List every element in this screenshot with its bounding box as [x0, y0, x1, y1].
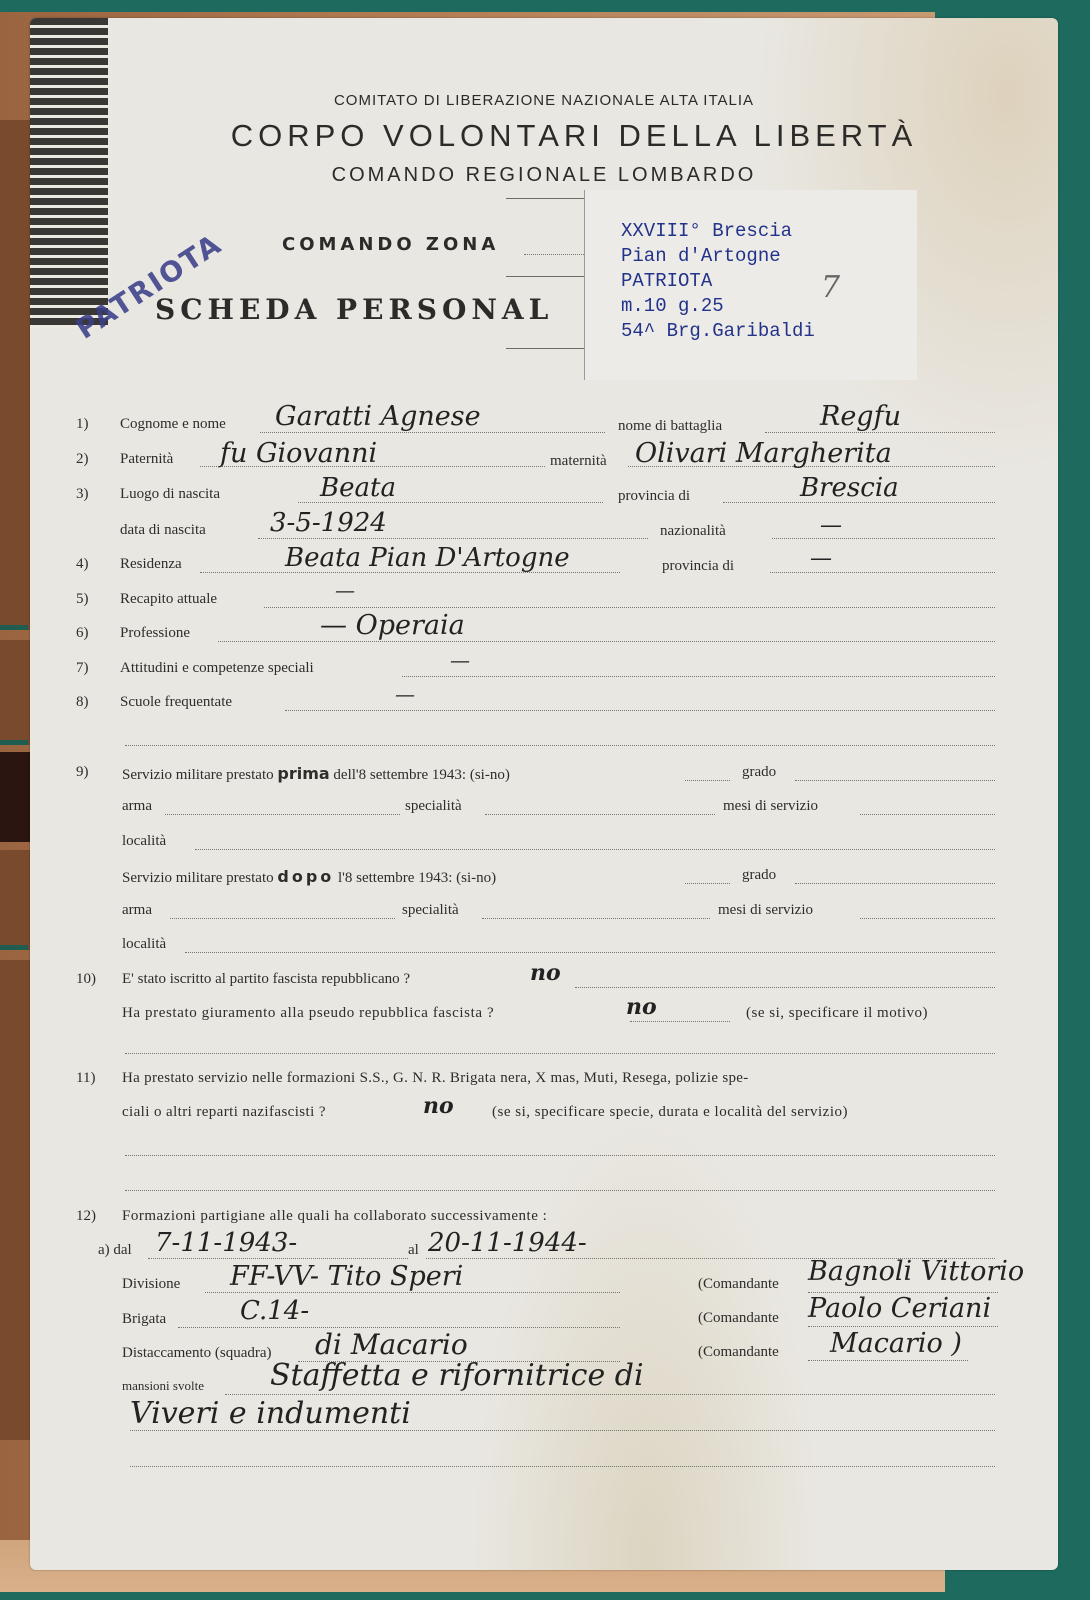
provincia-residenza-value: —	[810, 546, 832, 571]
servizio-label: Servizio militare prestato	[122, 767, 274, 783]
nazionalita-field[interactable]	[772, 538, 995, 539]
scuole-field[interactable]	[285, 710, 995, 711]
grado-prima-field[interactable]	[795, 780, 995, 781]
giuramento-field[interactable]	[630, 1021, 730, 1022]
dal-label: a) dal	[98, 1242, 132, 1259]
giuramento-question: Ha prestato giuramento alla pseudo repub…	[122, 1005, 494, 1022]
localita-prima-field[interactable]	[195, 849, 995, 850]
al-label: al	[408, 1242, 419, 1259]
servizio-dopo-line: Servizio militare prestato dopo l'8 sett…	[122, 867, 496, 887]
divider	[506, 348, 586, 349]
localita-label: località	[122, 833, 166, 850]
pencil-mark: 7	[821, 270, 840, 305]
item-number: 12)	[76, 1208, 96, 1225]
item-number: 5)	[76, 591, 89, 608]
comandante-distaccamento-value: Macario )	[830, 1328, 962, 1359]
binder-spine	[0, 960, 32, 1440]
binder-spine	[0, 850, 32, 950]
item-number: 7)	[76, 660, 89, 677]
slip-line-brigade: 54^ Brg.Garibaldi	[621, 320, 815, 342]
item-number: 3)	[76, 486, 89, 503]
nazionalita-label: nazionalità	[660, 523, 726, 540]
comandante-brigata-field[interactable]	[808, 1326, 998, 1327]
nome-battaglia-label: nome di battaglia	[618, 418, 722, 435]
item-number: 1)	[76, 416, 89, 433]
maternita-value: Olivari Margherita	[635, 438, 892, 469]
prima-emphasis: prima	[277, 764, 329, 783]
typed-paper-slip: XXVIII° Brescia Pian d'Artogne PATRIOTA …	[584, 190, 917, 380]
giuramento-motivo-field[interactable]	[125, 1053, 995, 1054]
servizio-date-label: dell'8 settembre 1943: (si-no)	[333, 767, 509, 783]
dopo-emphasis: dopo	[277, 867, 334, 886]
professione-value: — Operaia	[320, 610, 465, 641]
scuole-label: Scuole frequentate	[120, 694, 232, 711]
attitudini-value: —	[450, 648, 470, 672]
localita-label: località	[122, 936, 166, 953]
header-regional-command: COMANDO REGIONALE LOMBARDO	[30, 164, 1058, 187]
data-nascita-field[interactable]	[258, 538, 648, 539]
formazioni-nazifasciste-question-cont: ciali o altri reparti nazifascisti ?	[122, 1104, 326, 1121]
slip-line-place: Pian d'Artogne	[621, 245, 781, 267]
header-corps-title: CORPO VOLONTARI DELLA LIBERTÀ	[60, 118, 1088, 154]
item-number: 11)	[76, 1070, 95, 1087]
distaccamento-label: Distaccamento (squadra)	[122, 1345, 272, 1362]
mansioni-label: mansioni svolte	[122, 1378, 204, 1394]
luogo-nascita-label: Luogo di nascita	[120, 486, 220, 503]
scuole-value: —	[395, 682, 415, 706]
brigata-value: C.14-	[240, 1296, 309, 1326]
maternita-label: maternità	[550, 453, 607, 470]
binder-spine	[0, 120, 32, 630]
al-value: 20-11-1944-	[428, 1228, 587, 1258]
grado-label: grado	[742, 867, 776, 884]
slip-line-zone: XXVIII° Brescia	[621, 220, 792, 242]
arma-dopo-field[interactable]	[170, 918, 395, 919]
cognome-nome-value: Garatti Agnese	[275, 401, 481, 432]
giuramento-answer: no	[626, 994, 657, 1020]
header-committee: COMITATO DI LIBERAZIONE NAZIONALE ALTA I…	[30, 92, 1058, 109]
formazioni-nazifasciste-question: Ha prestato servizio nelle formazioni S.…	[122, 1070, 749, 1087]
residenza-value: Beata Pian D'Artogne	[285, 543, 570, 573]
grado-label: grado	[742, 764, 776, 781]
nome-battaglia-field[interactable]	[765, 432, 995, 433]
mesi-servizio-label: mesi di servizio	[723, 798, 818, 815]
arma-prima-field[interactable]	[165, 814, 400, 815]
paternita-value: fu Giovanni	[220, 438, 377, 469]
provincia-nascita-label: provincia di	[618, 488, 690, 505]
specialita-dopo-field[interactable]	[482, 918, 710, 919]
item-number: 9)	[76, 764, 89, 781]
form-sheet: COMITATO DI LIBERAZIONE NAZIONALE ALTA I…	[30, 18, 1058, 1570]
divider	[506, 198, 586, 199]
dal-value: 7-11-1943-	[155, 1228, 297, 1258]
binder-spine	[0, 752, 32, 842]
formazioni-partigiane-title: Formazioni partigiane alle quali ha coll…	[122, 1208, 547, 1225]
divider	[506, 276, 586, 277]
specialita-prima-field[interactable]	[485, 814, 715, 815]
residenza-label: Residenza	[120, 556, 182, 573]
slip-line-duration: m.10 g.25	[621, 295, 724, 317]
servizio-date-label: l'8 settembre 1943: (si-no)	[338, 870, 496, 886]
comandante-distaccamento-label: (Comandante	[698, 1344, 779, 1361]
item-number: 2)	[76, 451, 89, 468]
giuramento-note: (se si, specificare il motivo)	[746, 1005, 928, 1022]
mesi-dopo-field[interactable]	[860, 918, 995, 919]
provincia-residenza-label: provincia di	[662, 558, 734, 575]
slip-line-status: PATRIOTA	[621, 270, 712, 292]
item-number: 10)	[76, 971, 96, 988]
distaccamento-value: di Macario	[315, 1328, 468, 1361]
dal-field[interactable]	[148, 1258, 408, 1259]
form-title: SCHEDA PERSONAL	[155, 293, 553, 326]
partito-fascista-field[interactable]	[575, 987, 995, 988]
item-number: 8)	[76, 694, 89, 711]
provincia-nascita-value: Brescia	[800, 473, 899, 503]
specialita-label: specialità	[402, 902, 459, 919]
divisione-label: Divisione	[122, 1276, 180, 1293]
item-number: 6)	[76, 625, 89, 642]
scuole-field-extra[interactable]	[125, 745, 995, 746]
arma-label: arma	[122, 798, 152, 815]
paternita-label: Paternità	[120, 451, 173, 468]
divisione-field[interactable]	[205, 1292, 620, 1293]
professione-label: Professione	[120, 625, 190, 642]
comandante-divisione-value: Bagnoli Vittorio	[808, 1256, 1024, 1287]
binder-spine	[0, 640, 32, 745]
specialita-label: specialità	[405, 798, 462, 815]
nazionalita-value: —	[820, 513, 842, 538]
recapito-label: Recapito attuale	[120, 591, 217, 608]
recapito-value: —	[335, 578, 355, 602]
attitudini-label: Attitudini e competenze speciali	[120, 660, 314, 677]
comandante-brigata-value: Paolo Ceriani	[808, 1293, 991, 1324]
grado-dopo-field[interactable]	[795, 883, 995, 884]
item-number: 4)	[76, 556, 89, 573]
servizio-label: Servizio militare prestato	[122, 870, 274, 886]
formazioni-detail-field[interactable]	[125, 1155, 995, 1156]
nome-battaglia-value: Regfu	[820, 401, 901, 432]
divisione-value: FF-VV- Tito Speri	[230, 1261, 463, 1292]
dopo-si-no-field[interactable]	[685, 883, 730, 884]
mansioni-value-line1: Staffetta e rifornitrice di	[270, 1358, 644, 1393]
localita-dopo-field[interactable]	[185, 952, 995, 953]
professione-field[interactable]	[218, 641, 995, 642]
mansioni-field[interactable]	[225, 1394, 995, 1395]
comando-zona-label: COMANDO ZONA	[282, 234, 499, 255]
attitudini-field[interactable]	[402, 676, 995, 677]
prima-si-no-field[interactable]	[685, 780, 730, 781]
servizio-prima-line: Servizio militare prestato prima dell'8 …	[122, 764, 510, 784]
brigata-label: Brigata	[122, 1311, 166, 1328]
partito-fascista-question: E' stato iscritto al partito fascista re…	[122, 971, 410, 988]
data-nascita-label: data di nascita	[120, 522, 206, 539]
data-nascita-value: 3-5-1924	[270, 508, 387, 538]
recapito-field[interactable]	[264, 607, 995, 608]
cognome-nome-label: Cognome e nome	[120, 416, 226, 433]
arma-label: arma	[122, 902, 152, 919]
mesi-servizio-label: mesi di servizio	[718, 902, 813, 919]
formazioni-detail-field-2[interactable]	[125, 1190, 995, 1191]
partito-fascista-answer: no	[530, 960, 561, 986]
comando-zona-field[interactable]	[524, 254, 584, 255]
cognome-nome-field[interactable]	[260, 432, 605, 433]
mesi-prima-field[interactable]	[860, 814, 995, 815]
comandante-brigata-label: (Comandante	[698, 1310, 779, 1327]
luogo-nascita-value: Beata	[320, 473, 396, 503]
comandante-divisione-label: (Comandante	[698, 1276, 779, 1293]
mansioni-value-line2: Viveri e indumenti	[130, 1396, 411, 1431]
comandante-distaccamento-field[interactable]	[808, 1360, 968, 1361]
formazioni-nazifasciste-answer: no	[423, 1093, 454, 1119]
mansioni-field-3[interactable]	[130, 1466, 995, 1467]
formazioni-note: (se si, specificare specie, durata e loc…	[492, 1104, 848, 1121]
provincia-residenza-field[interactable]	[770, 572, 995, 573]
